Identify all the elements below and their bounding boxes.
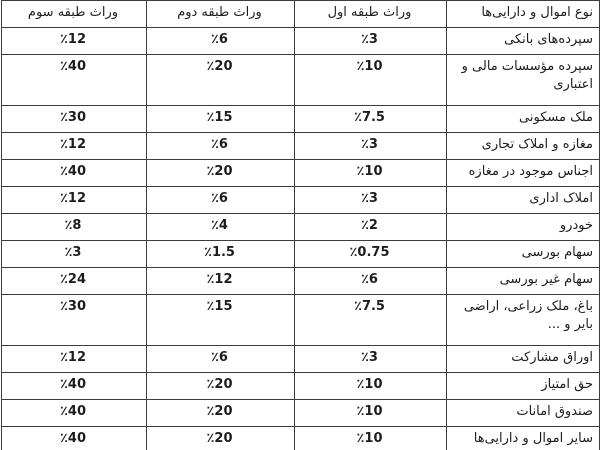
second-class-rate-cell: ٪6 — [147, 133, 295, 160]
first-class-rate-cell: ٪3 — [295, 187, 447, 214]
asset-type-cell: اجناس موجود در مغازه — [447, 160, 600, 187]
first-class-rate-cell: ٪10 — [295, 427, 447, 450]
second-class-rate-cell: ٪20 — [147, 427, 295, 450]
column-header-first-class-heirs: وراث طبقه اول — [295, 1, 447, 28]
asset-type-cell: باغ، ملک زراعی، اراضی بایر و ... — [447, 295, 600, 346]
inheritance-rates-table: نوع اموال و دارایی‌ها وراث طبقه اول وراث… — [1, 0, 600, 450]
first-class-rate-cell: ٪0.75 — [295, 241, 447, 268]
asset-type-cell: مغازه و املاک تجاری — [447, 133, 600, 160]
third-class-rate-cell: ٪40 — [2, 160, 147, 187]
asset-type-cell: ملک مسکونی — [447, 106, 600, 133]
third-class-rate-cell: ٪30 — [2, 106, 147, 133]
second-class-rate-cell: ٪6 — [147, 346, 295, 373]
third-class-rate-cell: ٪40 — [2, 373, 147, 400]
third-class-rate-cell: ٪12 — [2, 28, 147, 55]
header-row: نوع اموال و دارایی‌ها وراث طبقه اول وراث… — [2, 1, 600, 28]
table-row: اجناس موجود در مغازه ٪10 ٪20 ٪40 — [2, 160, 600, 187]
third-class-rate-cell: ٪40 — [2, 427, 147, 450]
third-class-rate-cell: ٪40 — [2, 400, 147, 427]
first-class-rate-cell: ٪10 — [295, 160, 447, 187]
asset-type-cell: سپرده‌های بانکی — [447, 28, 600, 55]
first-class-rate-cell: ٪3 — [295, 346, 447, 373]
asset-type-cell: خودرو — [447, 214, 600, 241]
first-class-rate-cell: ٪7.5 — [295, 106, 447, 133]
first-class-rate-cell: ٪7.5 — [295, 295, 447, 346]
table-row: باغ، ملک زراعی، اراضی بایر و ... ٪7.5 ٪1… — [2, 295, 600, 346]
table-row: خودرو ٪2 ٪4 ٪8 — [2, 214, 600, 241]
table-row: سایر اموال و دارایی‌ها ٪10 ٪20 ٪40 — [2, 427, 600, 450]
third-class-rate-cell: ٪12 — [2, 133, 147, 160]
second-class-rate-cell: ٪6 — [147, 28, 295, 55]
table-row: سپرده‌های بانکی ٪3 ٪6 ٪12 — [2, 28, 600, 55]
asset-type-cell: سایر اموال و دارایی‌ها — [447, 427, 600, 450]
asset-type-cell: حق امتیاز — [447, 373, 600, 400]
second-class-rate-cell: ٪20 — [147, 373, 295, 400]
second-class-rate-cell: ٪12 — [147, 268, 295, 295]
third-class-rate-cell: ٪8 — [2, 214, 147, 241]
table-row: سهام غیر بورسی ٪6 ٪12 ٪24 — [2, 268, 600, 295]
second-class-rate-cell: ٪20 — [147, 55, 295, 106]
second-class-rate-cell: ٪1.5 — [147, 241, 295, 268]
first-class-rate-cell: ٪10 — [295, 400, 447, 427]
second-class-rate-cell: ٪20 — [147, 400, 295, 427]
asset-type-cell: صندوق امانات — [447, 400, 600, 427]
second-class-rate-cell: ٪6 — [147, 187, 295, 214]
first-class-rate-cell: ٪10 — [295, 373, 447, 400]
first-class-rate-cell: ٪2 — [295, 214, 447, 241]
third-class-rate-cell: ٪12 — [2, 346, 147, 373]
table-row: سهام بورسی ٪0.75 ٪1.5 ٪3 — [2, 241, 600, 268]
asset-type-cell: سهام غیر بورسی — [447, 268, 600, 295]
column-header-second-class-heirs: وراث طبقه دوم — [147, 1, 295, 28]
table-row: ملک مسکونی ٪7.5 ٪15 ٪30 — [2, 106, 600, 133]
first-class-rate-cell: ٪10 — [295, 55, 447, 106]
column-header-asset-type: نوع اموال و دارایی‌ها — [447, 1, 600, 28]
second-class-rate-cell: ٪15 — [147, 106, 295, 133]
table-row: صندوق امانات ٪10 ٪20 ٪40 — [2, 400, 600, 427]
table-row: مغازه و املاک تجاری ٪3 ٪6 ٪12 — [2, 133, 600, 160]
table-row: املاک اداری ٪3 ٪6 ٪12 — [2, 187, 600, 214]
second-class-rate-cell: ٪4 — [147, 214, 295, 241]
table-row: اوراق مشارکت ٪3 ٪6 ٪12 — [2, 346, 600, 373]
second-class-rate-cell: ٪15 — [147, 295, 295, 346]
table-body: سپرده‌های بانکی ٪3 ٪6 ٪12 سپرده مؤسسات م… — [2, 28, 600, 450]
first-class-rate-cell: ٪6 — [295, 268, 447, 295]
asset-type-cell: سپرده مؤسسات مالی و اعتباری — [447, 55, 600, 106]
third-class-rate-cell: ٪24 — [2, 268, 147, 295]
table-header: نوع اموال و دارایی‌ها وراث طبقه اول وراث… — [2, 1, 600, 28]
third-class-rate-cell: ٪12 — [2, 187, 147, 214]
first-class-rate-cell: ٪3 — [295, 28, 447, 55]
third-class-rate-cell: ٪40 — [2, 55, 147, 106]
column-header-third-class-heirs: وراث طبقه سوم — [2, 1, 147, 28]
asset-type-cell: سهام بورسی — [447, 241, 600, 268]
table-row: سپرده مؤسسات مالی و اعتباری ٪10 ٪20 ٪40 — [2, 55, 600, 106]
table-row: حق امتیاز ٪10 ٪20 ٪40 — [2, 373, 600, 400]
first-class-rate-cell: ٪3 — [295, 133, 447, 160]
second-class-rate-cell: ٪20 — [147, 160, 295, 187]
asset-type-cell: اوراق مشارکت — [447, 346, 600, 373]
asset-type-cell: املاک اداری — [447, 187, 600, 214]
third-class-rate-cell: ٪3 — [2, 241, 147, 268]
third-class-rate-cell: ٪30 — [2, 295, 147, 346]
